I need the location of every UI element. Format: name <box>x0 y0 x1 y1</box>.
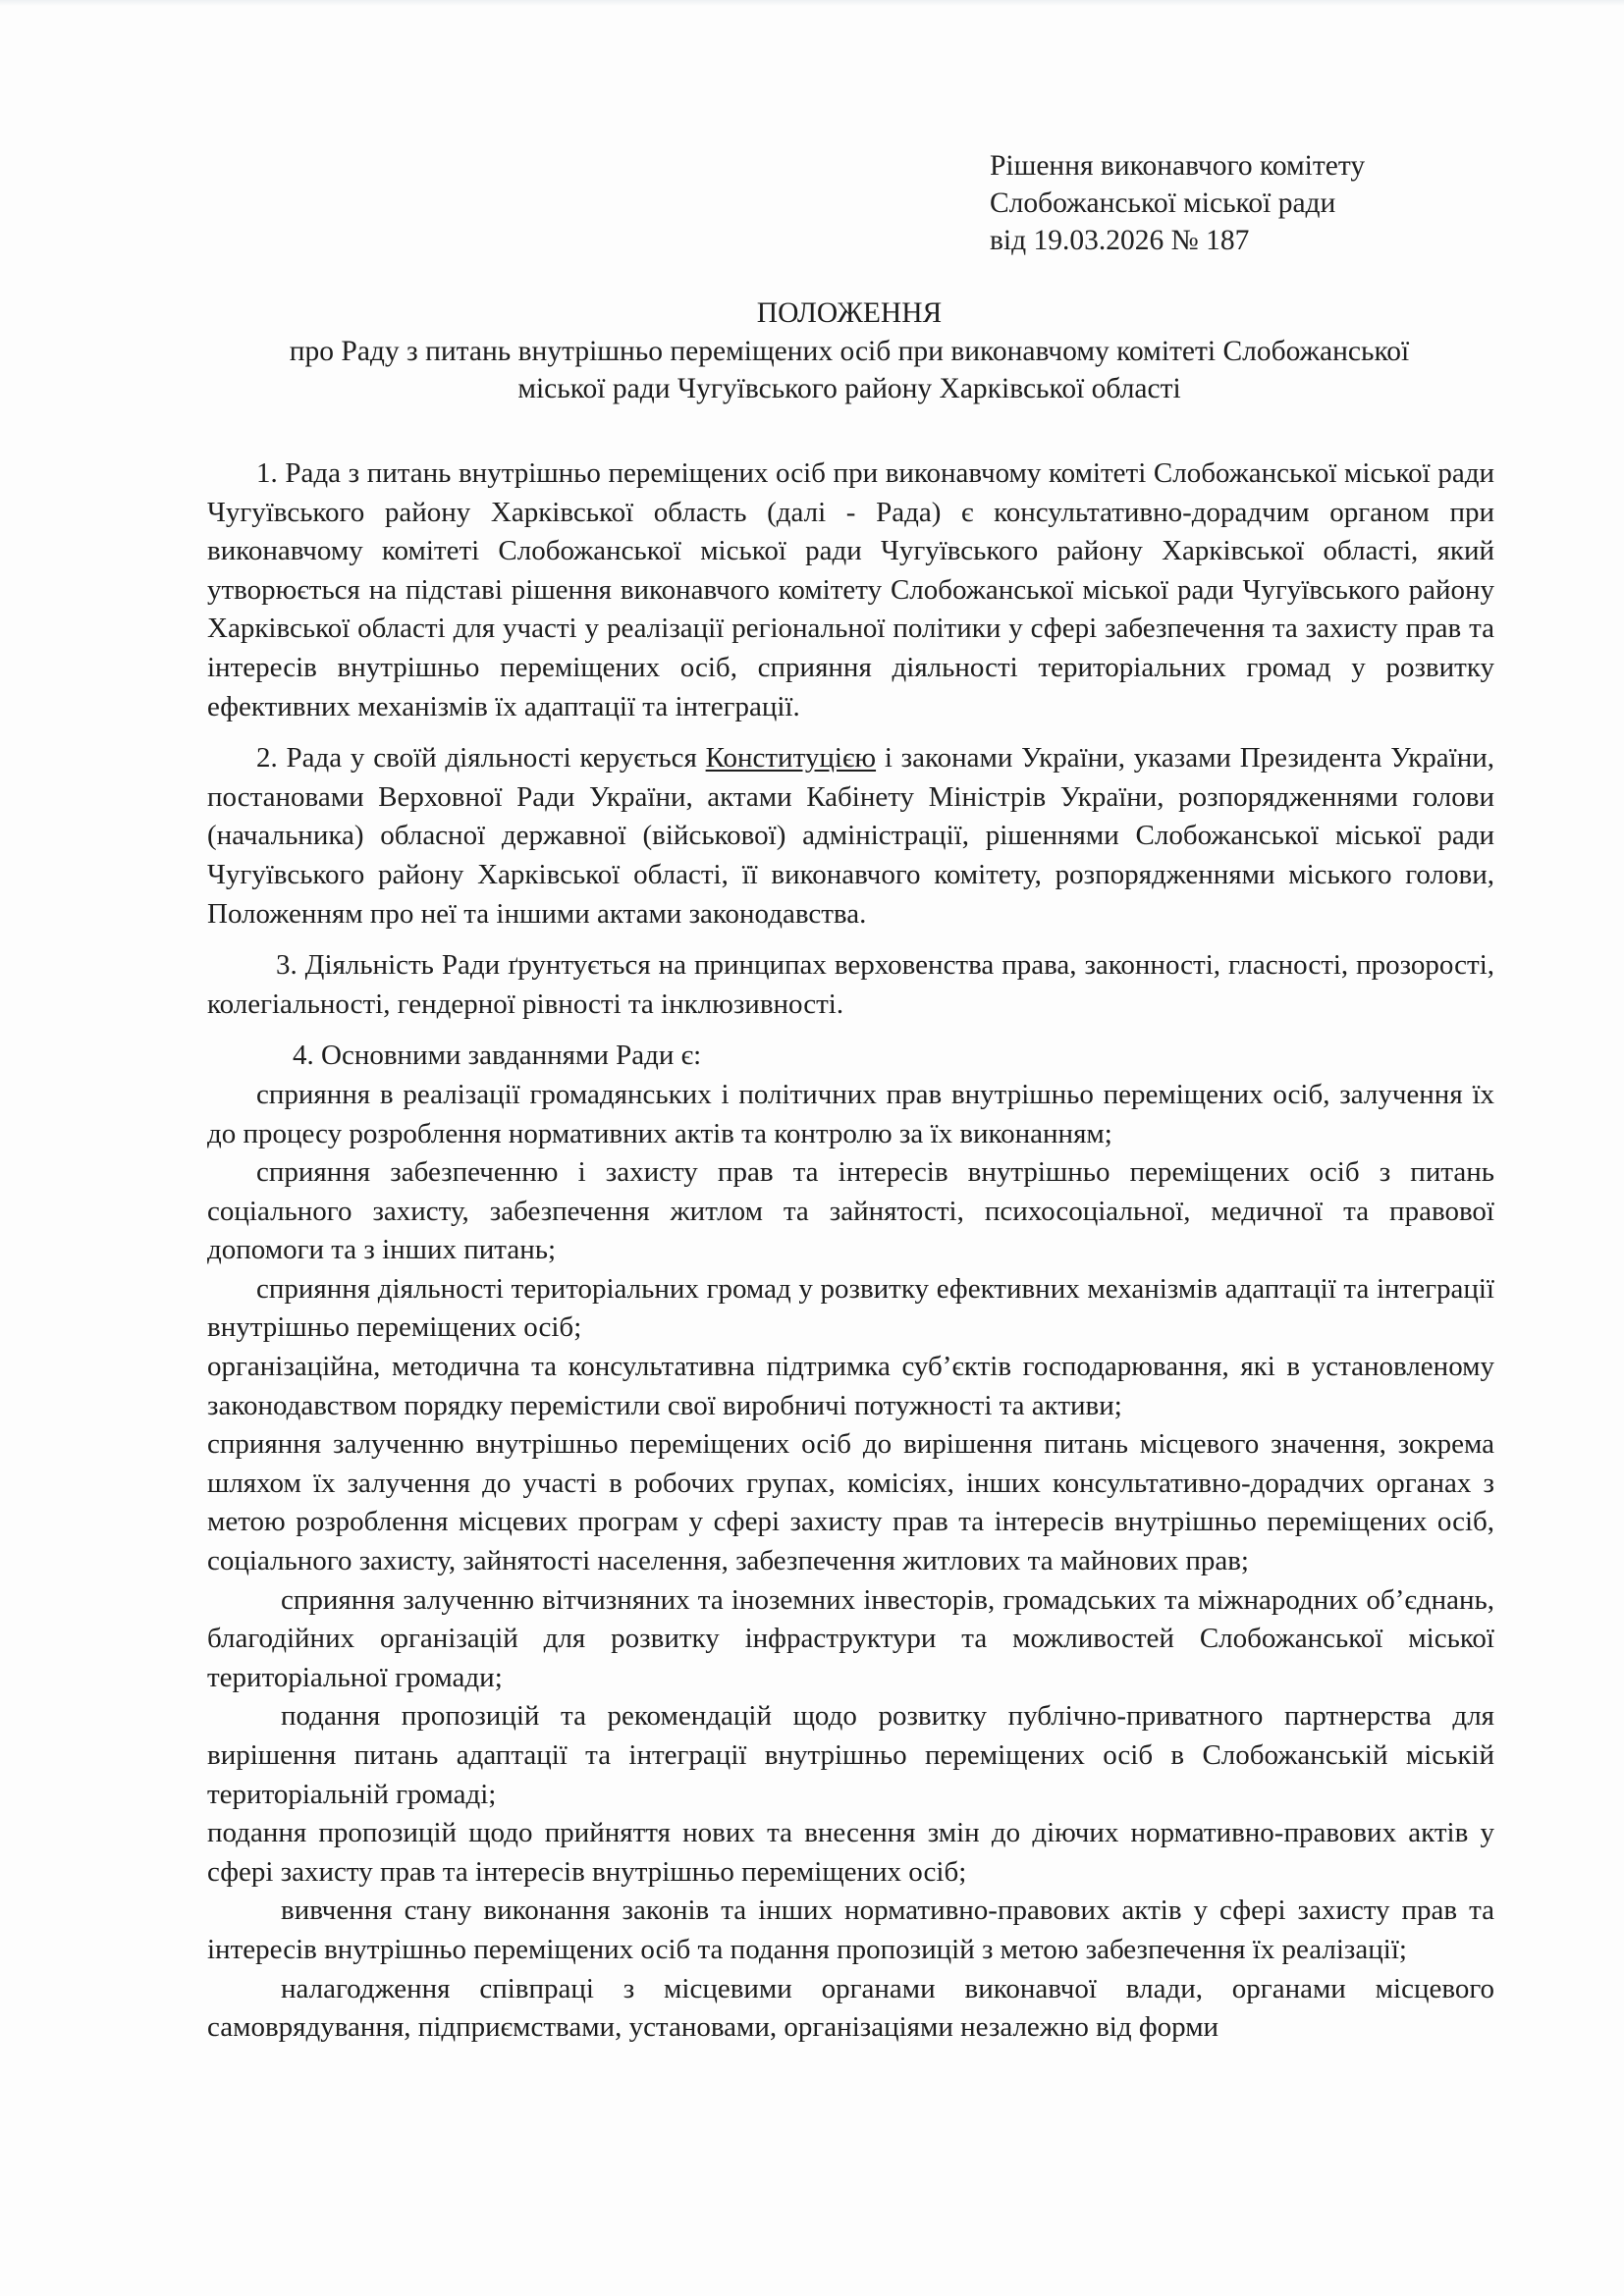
approval-line-1: Рішення виконавчого комітету <box>990 147 1365 185</box>
task-item: подання пропозицій та рекомендацій щодо … <box>207 1697 1494 1814</box>
task-item: вивчення стану виконання законів та інши… <box>207 1892 1494 1969</box>
document-title-block: ПОЛОЖЕННЯ про Раду з питань внутрішньо п… <box>196 294 1502 407</box>
task-item: сприяння забезпеченню і захисту прав та … <box>207 1153 1494 1270</box>
approval-line-2: Слобожанської міської ради <box>990 185 1365 222</box>
section-4-heading: 4. Основними завданнями Ради є: <box>207 1037 1494 1076</box>
section-2: 2. Рада у своїй діяльності керується Кон… <box>207 739 1494 934</box>
document-subtitle-line-2: міської ради Чугуївського району Харківс… <box>196 370 1502 407</box>
approval-line-3: від 19.03.2026 № 187 <box>990 222 1365 259</box>
task-item: сприяння залученню вітчизняних та інозем… <box>207 1581 1494 1698</box>
section-3: 3. Діяльність Ради ґрунтується на принци… <box>207 946 1494 1024</box>
task-item: організаційна, методична та консультатив… <box>207 1348 1494 1425</box>
task-item: подання пропозицій щодо прийняття нових … <box>207 1814 1494 1892</box>
section-1: 1. Рада з питань внутрішньо переміщених … <box>207 454 1494 726</box>
task-item: сприяння діяльності територіальних грома… <box>207 1270 1494 1348</box>
constitution-link[interactable]: Конституцією <box>706 742 876 774</box>
task-item: налагодження співпраці з місцевими орган… <box>207 1970 1494 2048</box>
document-title: ПОЛОЖЕННЯ <box>196 294 1502 332</box>
task-item: сприяння в реалізації громадянських і по… <box>207 1076 1494 1153</box>
document-page: Рішення виконавчого комітету Слобожанськ… <box>0 0 1624 2296</box>
approval-stamp: Рішення виконавчого комітету Слобожанськ… <box>990 147 1365 259</box>
section-2-text-start: 2. Рада у своїй діяльності керується <box>256 742 706 774</box>
task-item: сприяння залученню внутрішньо переміщени… <box>207 1425 1494 1580</box>
document-body: 1. Рада з питань внутрішньо переміщених … <box>207 454 1494 2048</box>
document-subtitle-line-1: про Раду з питань внутрішньо переміщених… <box>196 333 1502 370</box>
scan-edge <box>0 0 1624 6</box>
